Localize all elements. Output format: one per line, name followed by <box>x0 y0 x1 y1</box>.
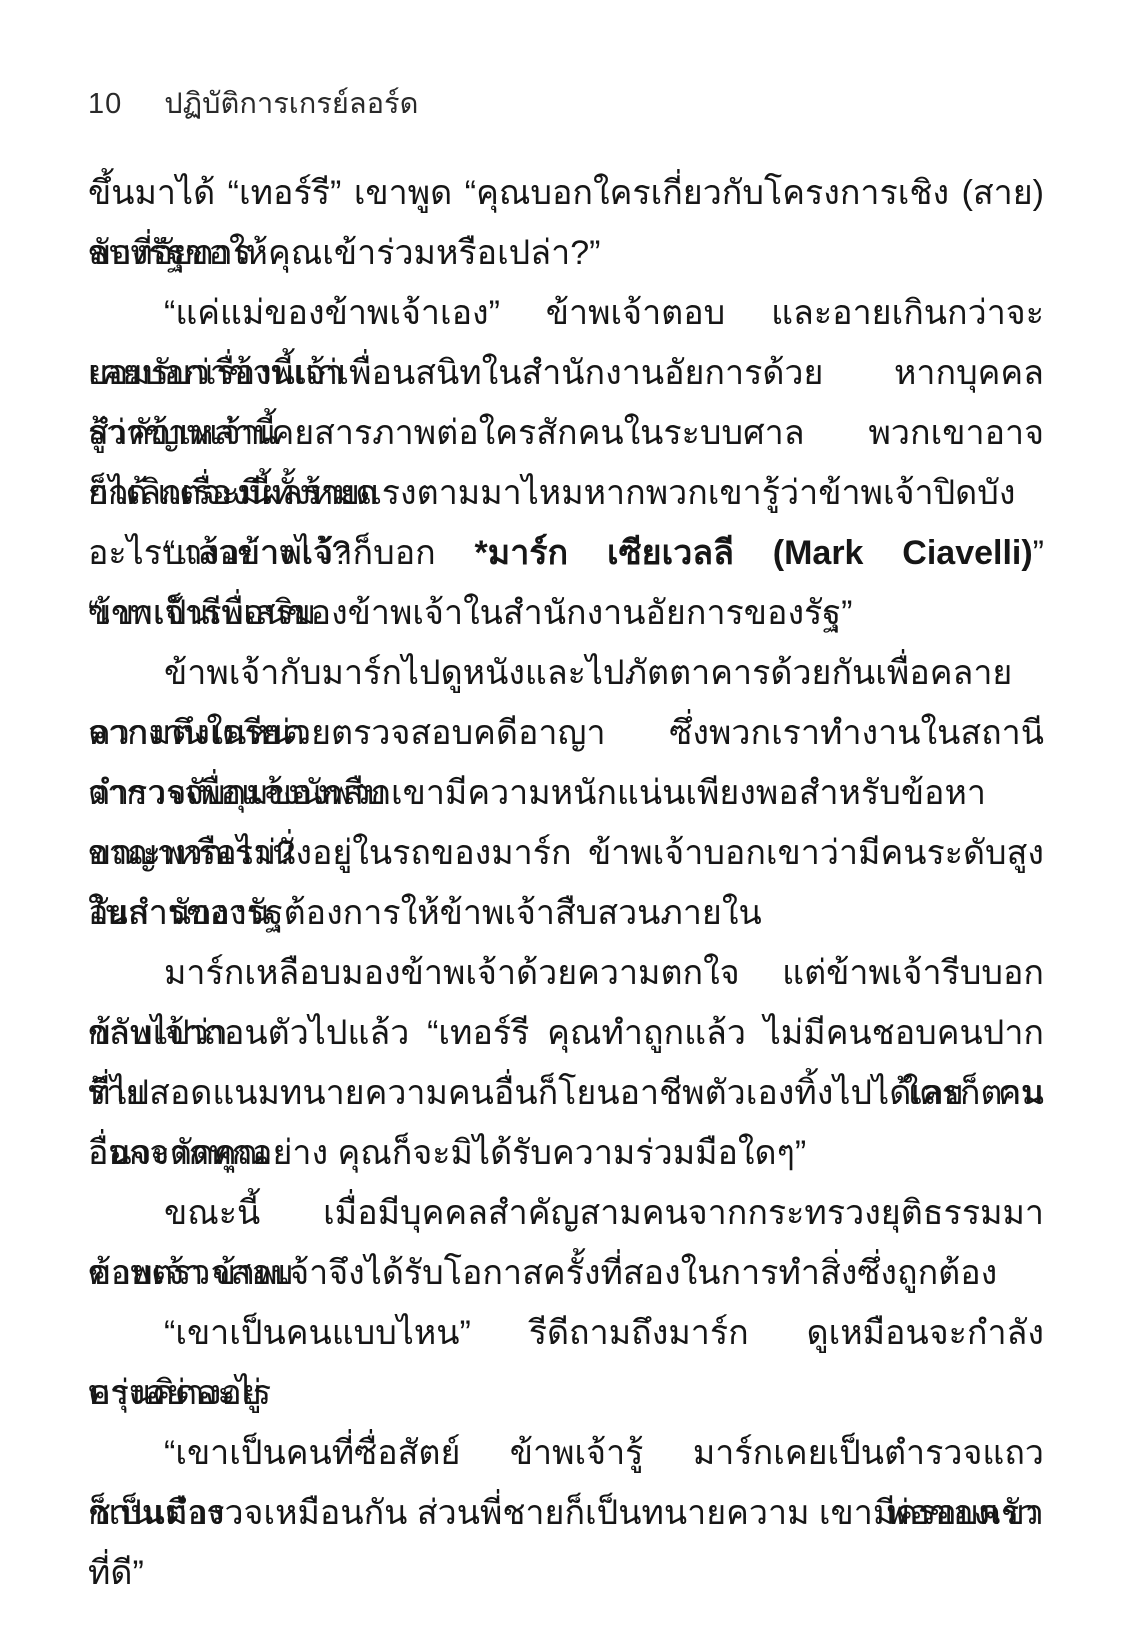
bold-person-name: *มาร์ก เซียเวลลี (Mark Ciavelli) <box>475 534 1033 572</box>
body-text: ขึ้นมาได้ “เทอร์รี” เขาพูด “คุณบอกใครเกี… <box>88 163 1044 1543</box>
text-line: ที่ไปสอดแนมทนายความคนอื่นก็โยนอาชีพตัวเอ… <box>88 1063 1044 1123</box>
text-line: เคยบอกเรื่องนี้แก่เพื่อนสนิทในสำนักงานอั… <box>88 343 1044 403</box>
text-line: อัยการของรัฐต้องการให้ข้าพเจ้าสืบสวนภายใ… <box>88 883 1044 943</box>
text-line: “เขาเป็นเพื่อนของข้าพเจ้าในสำนักงานอัยกา… <box>88 583 1044 643</box>
text-line: “แค่แม่ของข้าพเจ้าเอง” ข้าพเจ้าตอบ และอา… <box>88 283 1044 343</box>
text-line: ขึ้นมาได้ “เทอร์รี” เขาพูด “คุณบอกใครเกี… <box>88 163 1044 223</box>
text-line: “แล้วข้าพเจ้าก็บอก *มาร์ก เซียเวลลี (Mar… <box>88 523 1044 583</box>
text-line: ว่าการจับกุมของพวกเขามีความหนักแน่นเพียง… <box>88 763 1044 823</box>
text-line: มาร์กเหลือบมองข้าพเจ้าด้วยความตกใจ แต่ข้… <box>88 943 1044 1003</box>
text-line: จากงานในหน่วยตรวจสอบคดีอาญา ซึ่งพวกเราทำ… <box>88 703 1044 763</box>
paragraph: ขึ้นมาได้ “เทอร์รี” เขาพูด “คุณบอกใครเกี… <box>88 163 1044 283</box>
paragraph: ขณะนี้ เมื่อมีบุคคลสำคัญสามคนจากกระทรวงย… <box>88 1183 1044 1303</box>
text-line: ก็เป็นตำรวจเหมือนกัน ส่วนพี่ชายก็เป็นทนา… <box>88 1483 1044 1543</box>
text-line: ของรัฐขอให้คุณเข้าร่วมหรือเปล่า?” <box>88 223 1044 283</box>
paragraph: “แค่แม่ของข้าพเจ้าเอง” ข้าพเจ้าตอบ และอา… <box>88 283 1044 523</box>
paragraph: “เขาเป็นคนแบบไหน” รีดีถามถึงมาร์ก ดูเหมื… <box>88 1303 1044 1423</box>
text-line: ขณะนี้ เมื่อมีบุคคลสำคัญสามคนจากกระทรวงย… <box>88 1183 1044 1243</box>
text-line: ก็ได้ แต่จะมีผลร้ายแรงตามมาไหมหากพวกเขาร… <box>88 463 1044 523</box>
text-line: บางอย่างอยู่ <box>88 1363 1044 1423</box>
text-line: ข้าพเจ้าถอนตัวไปแล้ว “เทอร์รี คุณทำถูกแล… <box>88 1003 1044 1063</box>
text-segment: “แล้วข้าพเจ้าก็บอก <box>164 534 475 572</box>
page-header: 10 ปฏิบัติการเกรย์ลอร์ด <box>88 80 418 126</box>
text-line: รู้ว่าข้าพเจ้าเคยสารภาพต่อใครสักคนในระบบ… <box>88 403 1044 463</box>
text-line: “เขาเป็นคนที่ซื่อสัตย์ ข้าพเจ้ารู้ มาร์ก… <box>88 1423 1044 1483</box>
text-line: “เขาเป็นคนแบบไหน” รีดีถามถึงมาร์ก ดูเหมื… <box>88 1303 1044 1363</box>
text-line: ขณะพวกเรานั่งอยู่ในรถของมาร์ก ข้าพเจ้าบอ… <box>88 823 1044 883</box>
paragraph: มาร์กเหลือบมองข้าพเจ้าด้วยความตกใจ แต่ข้… <box>88 943 1044 1183</box>
text-line: ข้าพเจ้า ข้าพเจ้าจึงได้รับโอกาสครั้งที่ส… <box>88 1243 1044 1303</box>
text-line: ออกจากทุกอย่าง คุณก็จะมิได้รับความร่วมมื… <box>88 1123 1044 1183</box>
book-page: 10 ปฏิบัติการเกรย์ลอร์ด ขึ้นมาได้ “เทอร์… <box>0 0 1126 1638</box>
paragraph: “เขาเป็นคนที่ซื่อสัตย์ ข้าพเจ้ารู้ มาร์ก… <box>88 1423 1044 1543</box>
text-line: ข้าพเจ้ากับมาร์กไปดูหนังและไปภัตตาคารด้ว… <box>88 643 1044 703</box>
paragraph: “แล้วข้าพเจ้าก็บอก *มาร์ก เซียเวลลี (Mar… <box>88 523 1044 643</box>
paragraph: ข้าพเจ้ากับมาร์กไปดูหนังและไปภัตตาคารด้ว… <box>88 643 1044 943</box>
running-head: ปฏิบัติการเกรย์ลอร์ด <box>164 80 418 126</box>
page-number: 10 <box>88 88 122 121</box>
